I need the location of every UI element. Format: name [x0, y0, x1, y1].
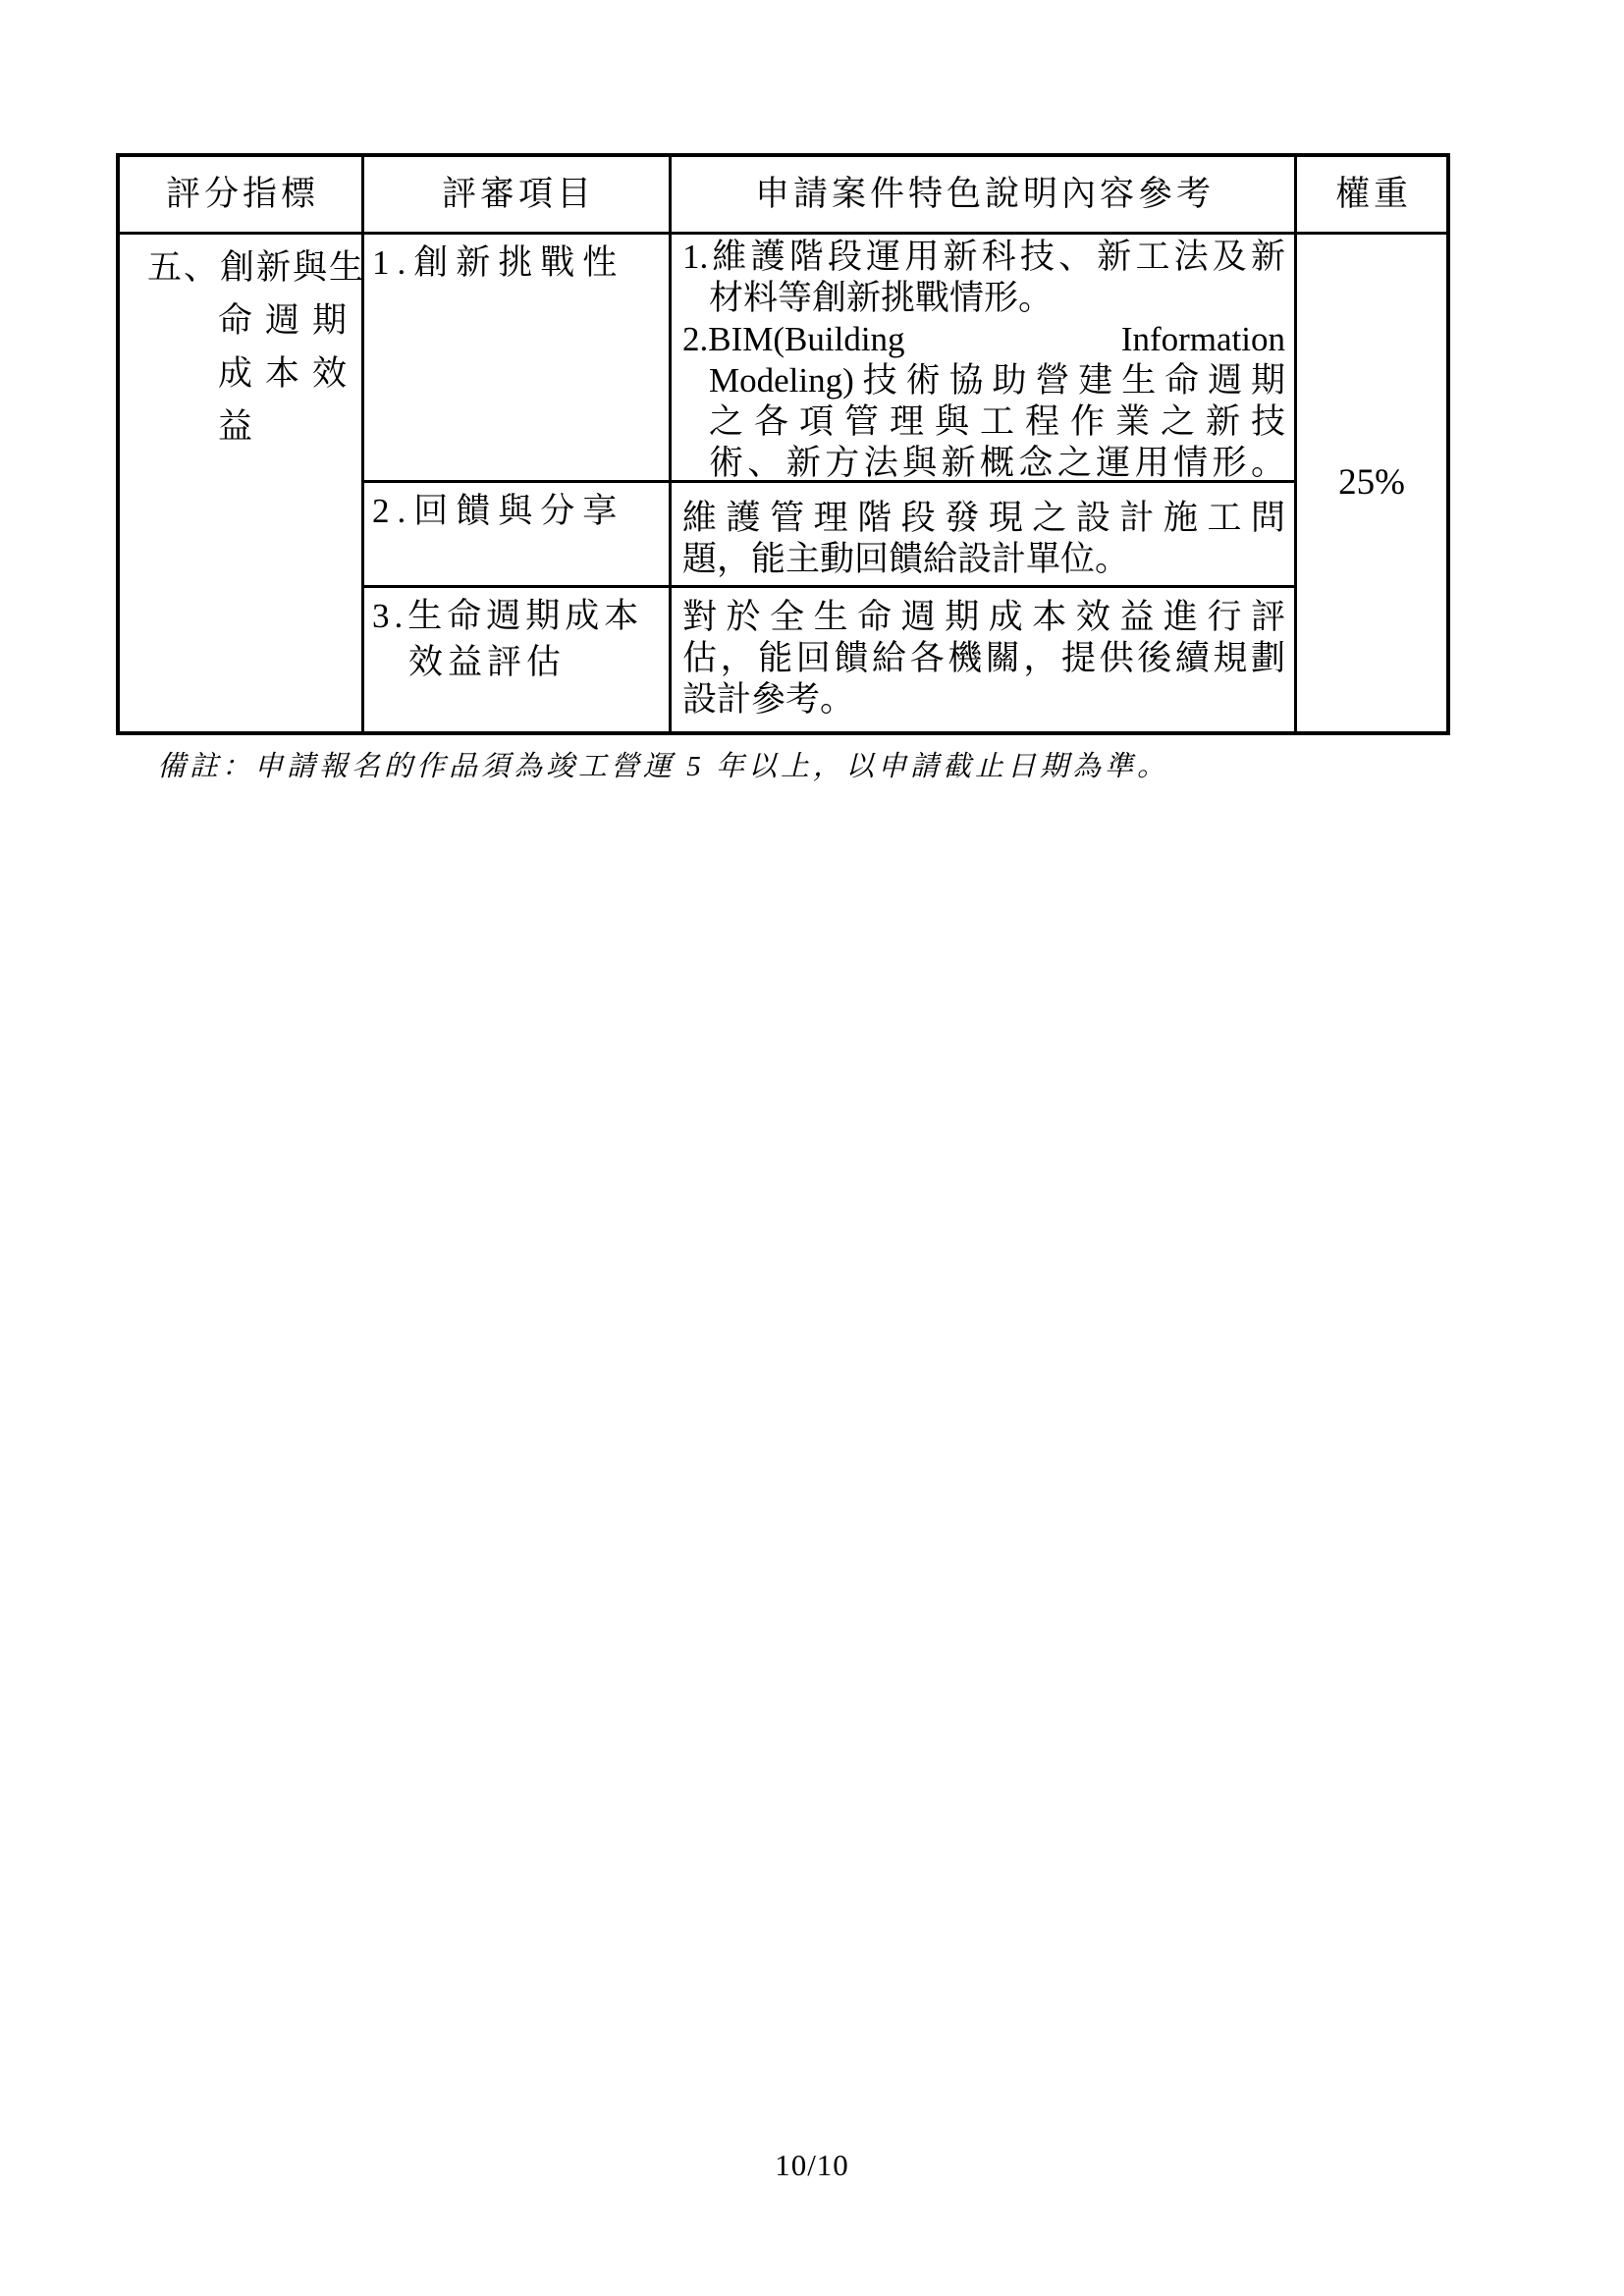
page-number: 10/10 [0, 2148, 1624, 2183]
description-line: 估，能回饋給各機關，提供後續規劃 [682, 638, 1285, 679]
header-review-item: 評審項目 [364, 157, 672, 235]
description-line: 術、新方法與新概念之運用情形。 [682, 443, 1285, 483]
indicator-line: 命週期 [120, 294, 361, 347]
indicator-line: 益 [120, 400, 361, 454]
document-page: 評分指標 評審項目 申請案件特色說明內容參考 權重 五、創新與生 命週期 成本效… [0, 0, 1624, 2296]
header-scoring-indicator: 評分指標 [120, 157, 364, 235]
review-item-3-cell: 3.生命週期成本 效益評估 [364, 588, 672, 731]
description-line: Modeling)技術協助營建生命週期 [682, 360, 1285, 401]
review-item-2-cell: 2.回饋與分享 [364, 483, 672, 588]
description-line: 題，能主動回饋給設計單位。 [682, 539, 1285, 580]
review-item-label: 1.創新挑戰性 [372, 240, 663, 286]
description-line: 設計參考。 [682, 679, 1285, 721]
description-2-cell: 維護管理階段發現之設計施工問 題，能主動回饋給設計單位。 [672, 483, 1297, 588]
review-item-label: 3.生命週期成本 [372, 593, 663, 639]
description-line: 1.維護階段運用新科技、新工法及新 [682, 237, 1285, 278]
review-item-1-cell: 1.創新挑戰性 [364, 235, 672, 483]
indicator-line: 五、創新與生 [120, 241, 361, 294]
header-description-reference: 申請案件特色說明內容參考 [672, 157, 1297, 235]
note-text: 備註：申請報名的作品須為竣工營運 5 年以上，以申請截止日期為準。 [157, 744, 1169, 784]
description-line: 之各項管理與工程作業之新技 [682, 401, 1285, 443]
header-weight: 權重 [1297, 157, 1446, 235]
indicator-cell: 五、創新與生 命週期 成本效 益 [120, 235, 364, 731]
description-line: 維護管理階段發現之設計施工問 [682, 498, 1285, 539]
description-line: 材料等創新挑戰情形。 [682, 278, 1285, 319]
description-line: 對於全生命週期成本效益進行評 [682, 597, 1285, 638]
review-item-label: 2.回饋與分享 [372, 488, 663, 534]
evaluation-criteria-table: 評分指標 評審項目 申請案件特色說明內容參考 權重 五、創新與生 命週期 成本效… [116, 153, 1450, 735]
description-1-cell: 1.維護階段運用新科技、新工法及新 材料等創新挑戰情形。 2.BIM(Build… [672, 235, 1297, 483]
review-item-label: 效益評估 [372, 639, 663, 685]
indicator-line: 成本效 [120, 347, 361, 400]
weight-value: 25% [1297, 235, 1446, 731]
description-3-cell: 對於全生命週期成本效益進行評 估，能回饋給各機關，提供後續規劃 設計參考。 [672, 588, 1297, 731]
description-line: 2.BIM(Building Information [682, 319, 1285, 360]
